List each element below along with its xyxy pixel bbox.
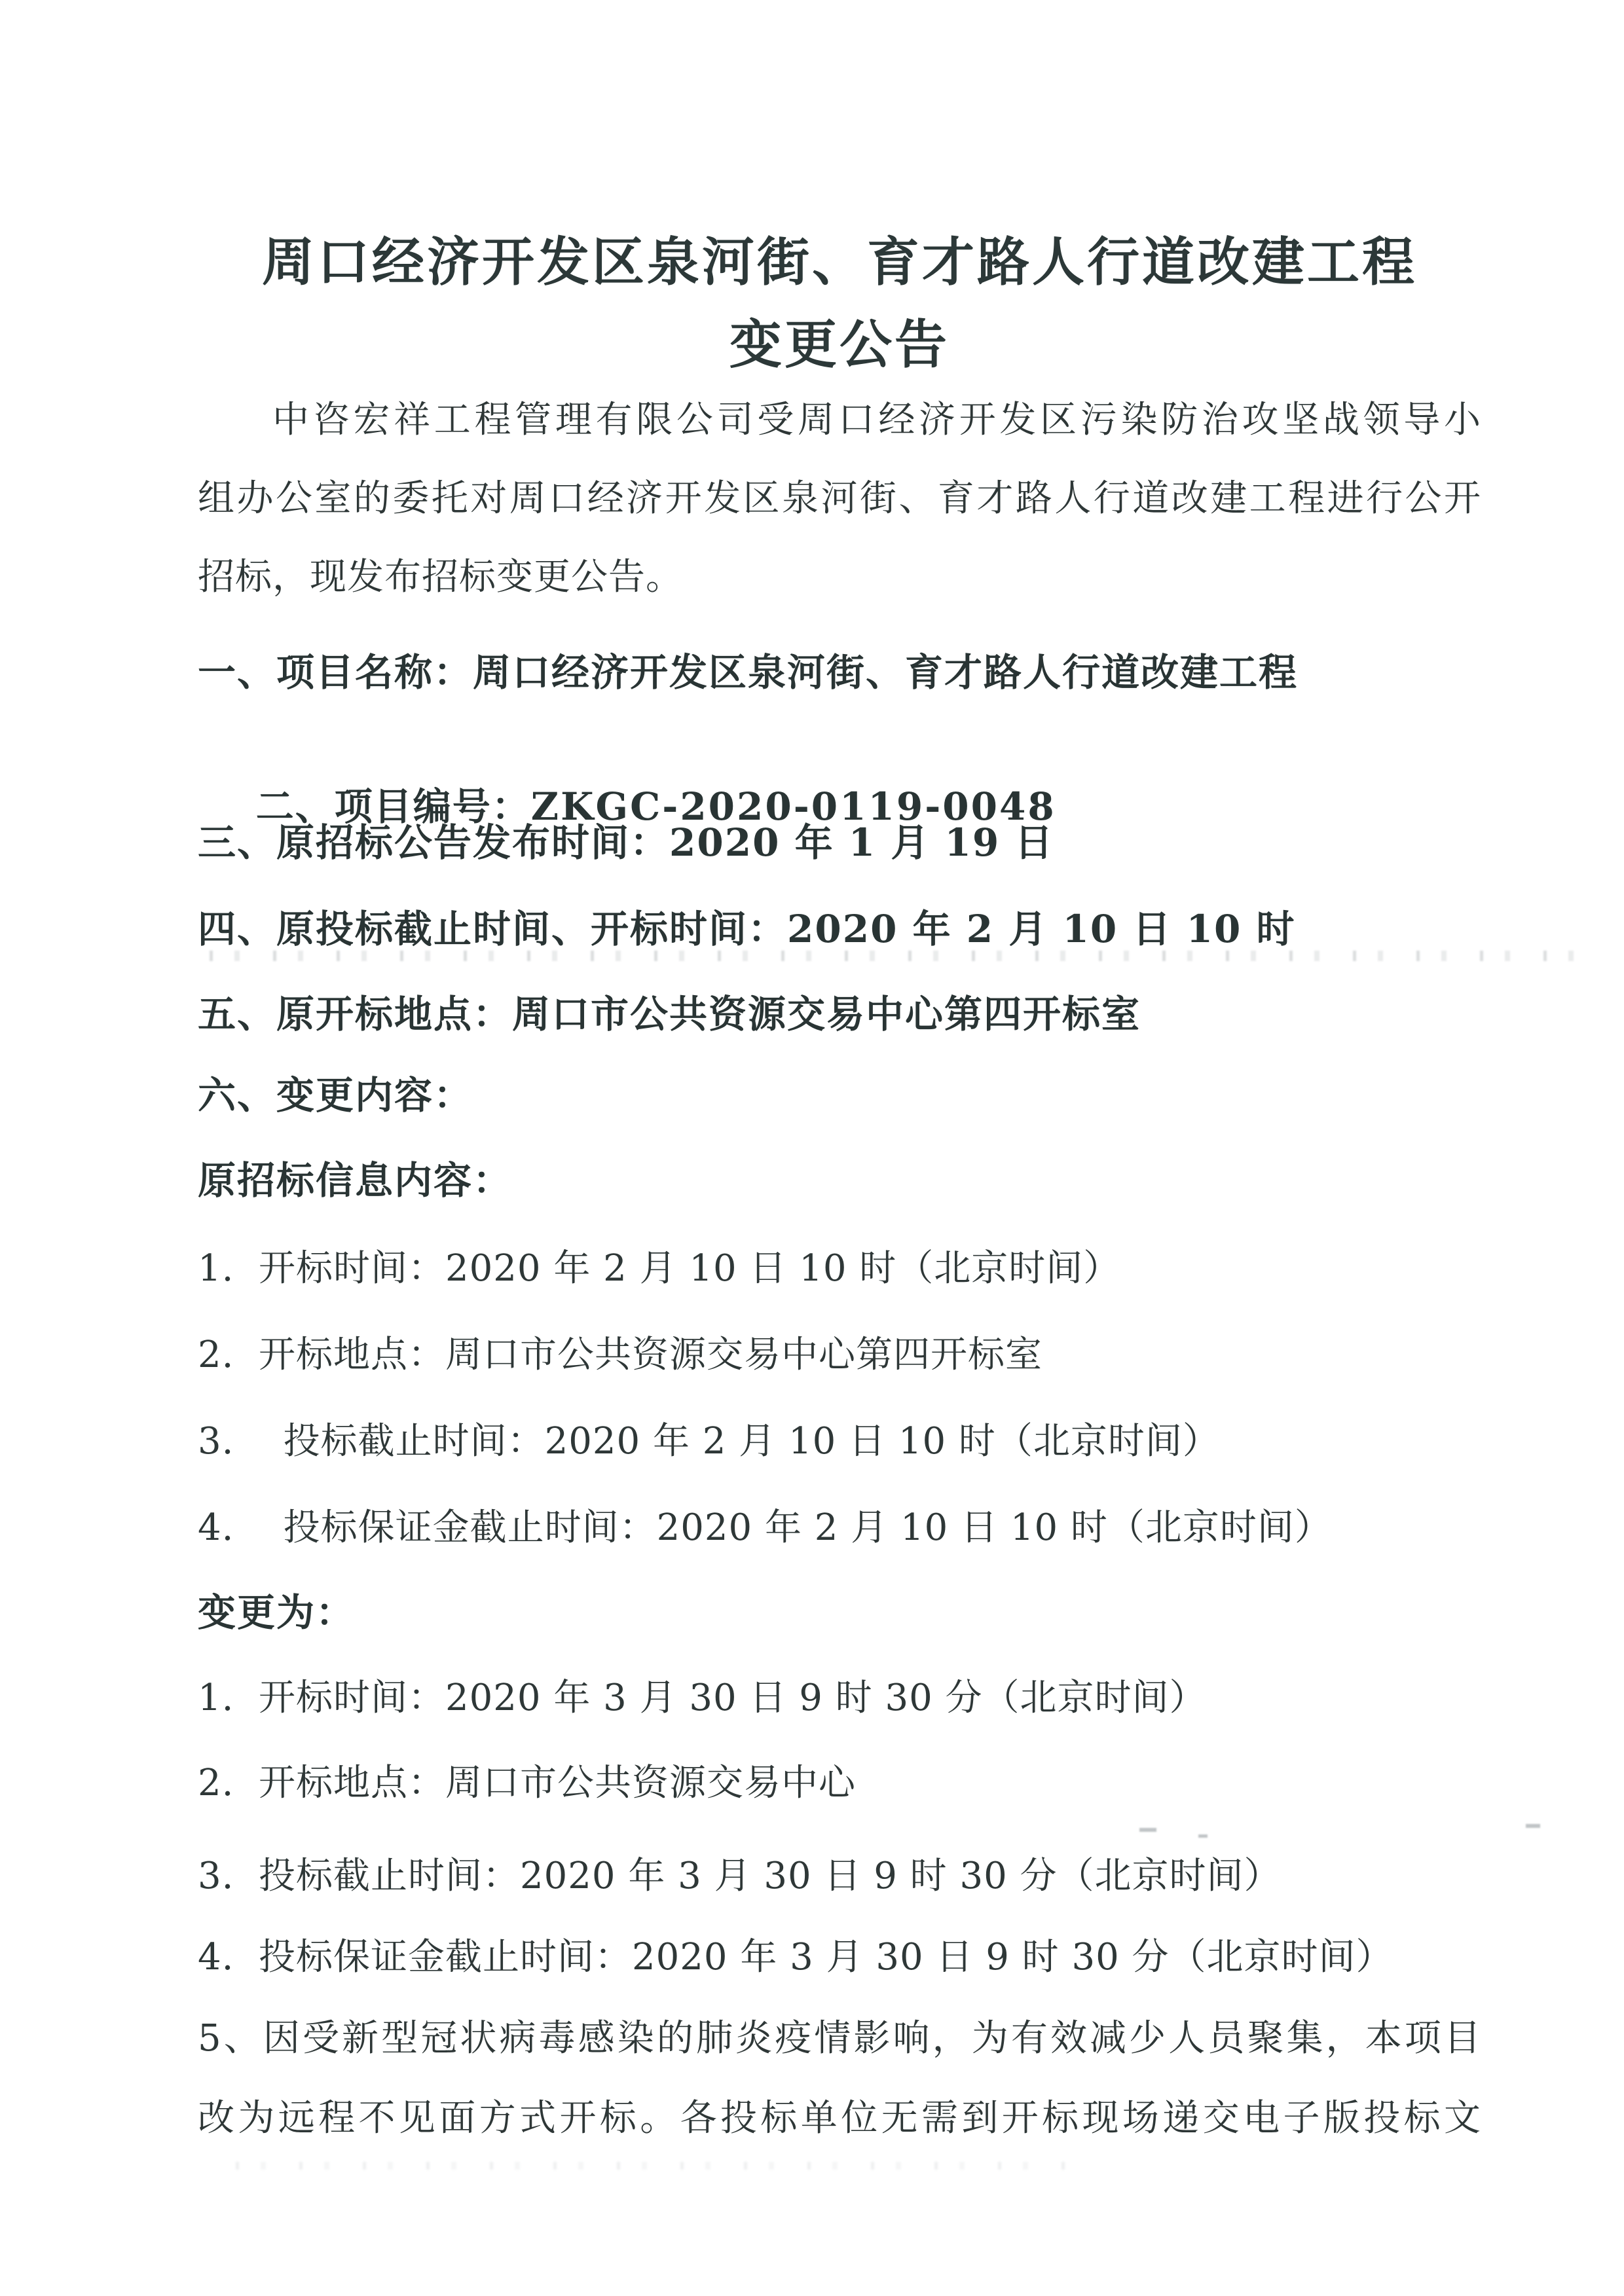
scan-speck — [1139, 1828, 1156, 1832]
changed-info-header: 变更为： — [198, 1588, 1481, 1637]
scan-smudge-streak — [236, 2162, 1074, 2170]
intro-line-3: 招标，现发布招标变更公告。 — [198, 554, 1481, 602]
original-info-item: 2. 开标地点：周口市公共资源交易中心第四开标室 — [198, 1332, 1481, 1379]
item-project-name: 一、项目名称：周口经济开发区泉河街、育才路人行道改建工程 — [198, 648, 1481, 697]
item-original-venue: 五、原开标地点：周口市公共资源交易中心第四开标室 — [198, 990, 1481, 1039]
doc-title-line1: 周口经济开发区泉河街、育才路人行道改建工程 — [198, 220, 1481, 295]
scan-speck — [1526, 1824, 1540, 1828]
item-original-bid-deadline: 四、原投标截止时间、开标时间：2020 年 2 月 10 日 10 时 — [198, 905, 1481, 954]
changed-info-item: 2. 开标地点：周口市公共资源交易中心 — [198, 1760, 1481, 1808]
changed-info-item: 3. 投标截止时间：2020 年 3 月 30 日 9 时 30 分（北京时间） — [198, 1853, 1481, 1901]
note-line-1: 5、因受新型冠状病毒感染的肺炎疫情影响，为有效减少人员聚集，本项目 — [198, 2015, 1481, 2063]
item-change-content: 六、变更内容： — [198, 1071, 1481, 1120]
original-info-item: 3. 投标截止时间：2020 年 2 月 10 日 10 时（北京时间） — [198, 1418, 1481, 1466]
item-original-announcement-date: 三、原招标公告发布时间：2020 年 1 月 19 日 — [198, 818, 1481, 867]
original-info-item: 1. 开标时间：2020 年 2 月 10 日 10 时（北京时间） — [198, 1245, 1481, 1293]
scan-speck — [1198, 1834, 1208, 1838]
original-info-header: 原招标信息内容： — [198, 1156, 1481, 1205]
changed-info-item: 1. 开标时间：2020 年 3 月 30 日 9 时 30 分（北京时间） — [198, 1675, 1481, 1722]
doc-title-line2: 变更公告 — [198, 302, 1481, 378]
document-page: 周口经济开发区泉河街、育才路人行道改建工程 变更公告 中咨宏祥工程管理有限公司受… — [0, 0, 1624, 2296]
note-line-2: 改为远程不见面方式开标。各投标单位无需到开标现场递交电子版投标文 — [198, 2095, 1481, 2143]
intro-line-1: 中咨宏祥工程管理有限公司受周口经济开发区污染防治攻坚战领导小 — [198, 397, 1481, 445]
original-info-item: 4. 投标保证金截止时间：2020 年 2 月 10 日 10 时（北京时间） — [198, 1504, 1481, 1552]
intro-line-2: 组办公室的委托对周口经济开发区泉河街、育才路人行道改建工程进行公开 — [198, 475, 1481, 523]
changed-info-item: 4. 投标保证金截止时间：2020 年 3 月 30 日 9 时 30 分（北京… — [198, 1934, 1481, 1982]
